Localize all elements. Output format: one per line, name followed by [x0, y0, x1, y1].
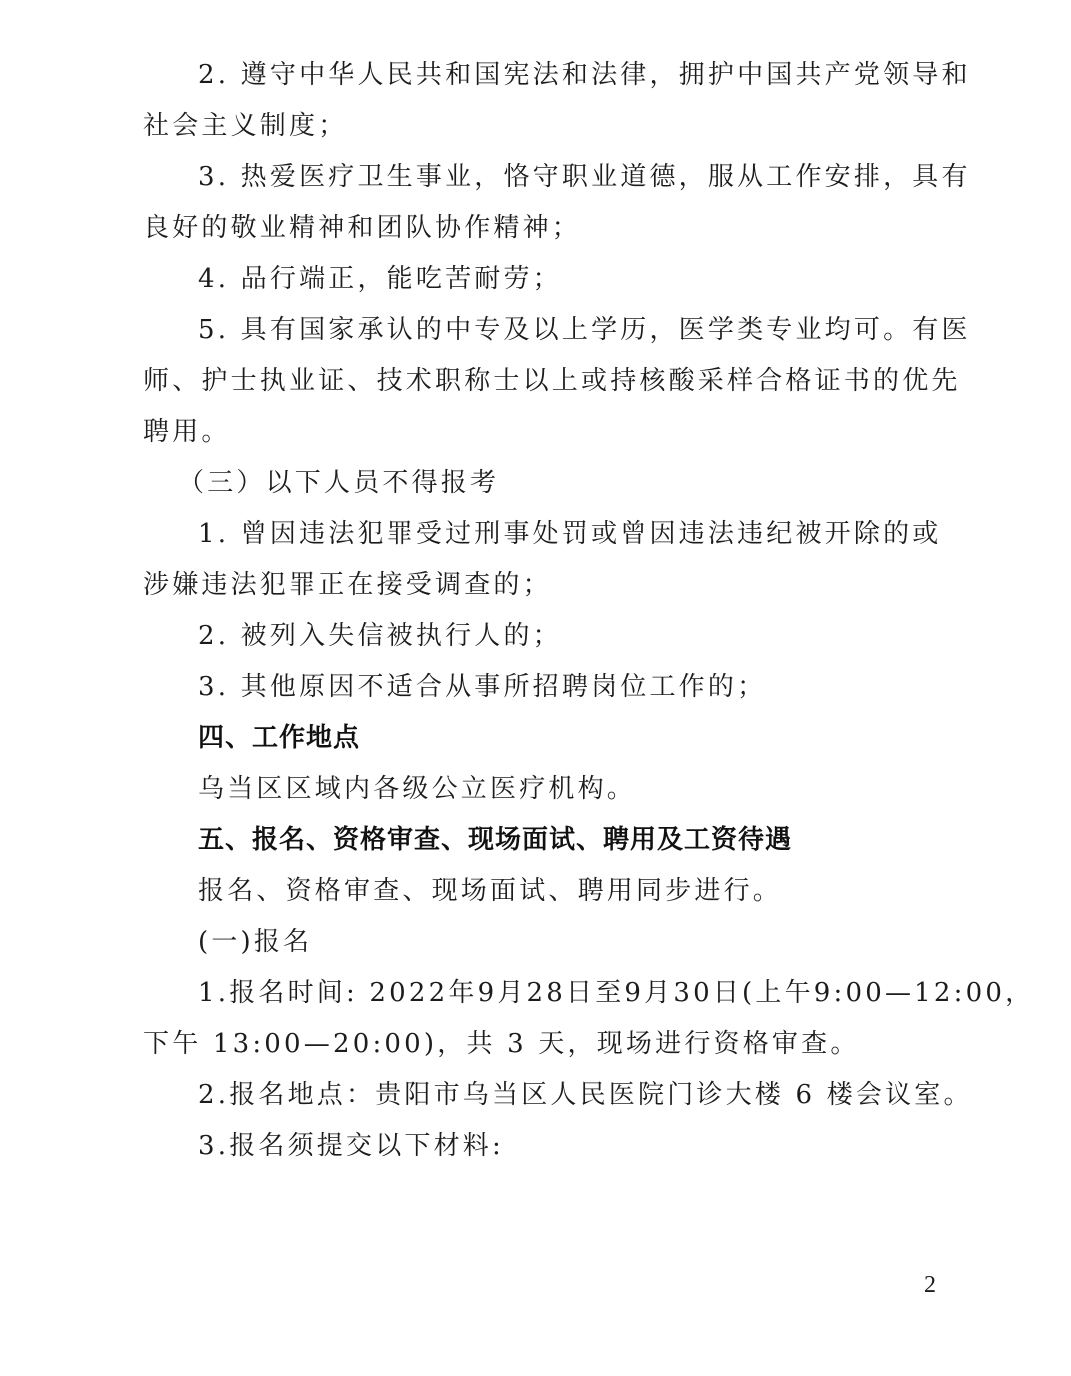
paragraph-registration-location: 2.报名地点：贵阳市乌当区人民医院门诊大楼 6 楼会议室。 — [198, 1078, 993, 1112]
paragraph-registration-materials: 3.报名须提交以下材料: — [198, 1129, 993, 1163]
paragraph-requirement-5-end: 聘用。 — [143, 415, 938, 449]
paragraph-excluded-2: 2. 被列入失信被执行人的； — [198, 619, 993, 653]
paragraph-excluded-1-cont: 涉嫌违法犯罪正在接受调查的； — [143, 568, 938, 602]
paragraph-registration-time: 1.报名时间: 2022年9月28日至9月30日(上午9:00—12:00， — [198, 976, 993, 1010]
paragraph-registration-intro: 报名、资格审查、现场面试、聘用同步进行。 — [198, 874, 993, 908]
paragraph-requirement-4: 4. 品行端正，能吃苦耐劳； — [198, 262, 993, 296]
paragraph-registration-time-cont: 下午 13:00—20:00)，共 3 天，现场进行资格审查。 — [143, 1027, 938, 1061]
paragraph-requirement-3-cont: 良好的敬业精神和团队协作精神； — [143, 211, 938, 245]
paragraph-requirement-5-cont: 师、护士执业证、技术职称士以上或持核酸采样合格证书的优先 — [143, 364, 938, 398]
page-number: 2 — [924, 1272, 936, 1299]
paragraph-excluded-1: 1. 曾因违法犯罪受过刑事处罚或曾因违法违纪被开除的或 — [198, 517, 993, 551]
paragraph-requirement-2-cont: 社会主义制度； — [143, 109, 938, 143]
subsection-heading-registration: (一)报名 — [198, 925, 993, 959]
subsection-heading-excluded: （三）以下人员不得报考 — [178, 466, 973, 500]
paragraph-requirement-2: 2. 遵守中华人民共和国宪法和法律，拥护中国共产党领导和 — [198, 58, 993, 92]
paragraph-requirement-3: 3. 热爱医疗卫生事业，恪守职业道德，服从工作安排，具有 — [198, 160, 993, 194]
paragraph-work-location: 乌当区区域内各级公立医疗机构。 — [198, 772, 993, 806]
section-heading-registration: 五、报名、资格审查、现场面试、聘用及工资待遇 — [198, 823, 993, 857]
section-heading-work-location: 四、工作地点 — [198, 721, 993, 755]
document-page: 2. 遵守中华人民共和国宪法和法律，拥护中国共产党领导和 社会主义制度； 3. … — [0, 0, 1071, 1376]
paragraph-excluded-3: 3. 其他原因不适合从事所招聘岗位工作的； — [198, 670, 993, 704]
paragraph-requirement-5: 5. 具有国家承认的中专及以上学历，医学类专业均可。有医 — [198, 313, 993, 347]
